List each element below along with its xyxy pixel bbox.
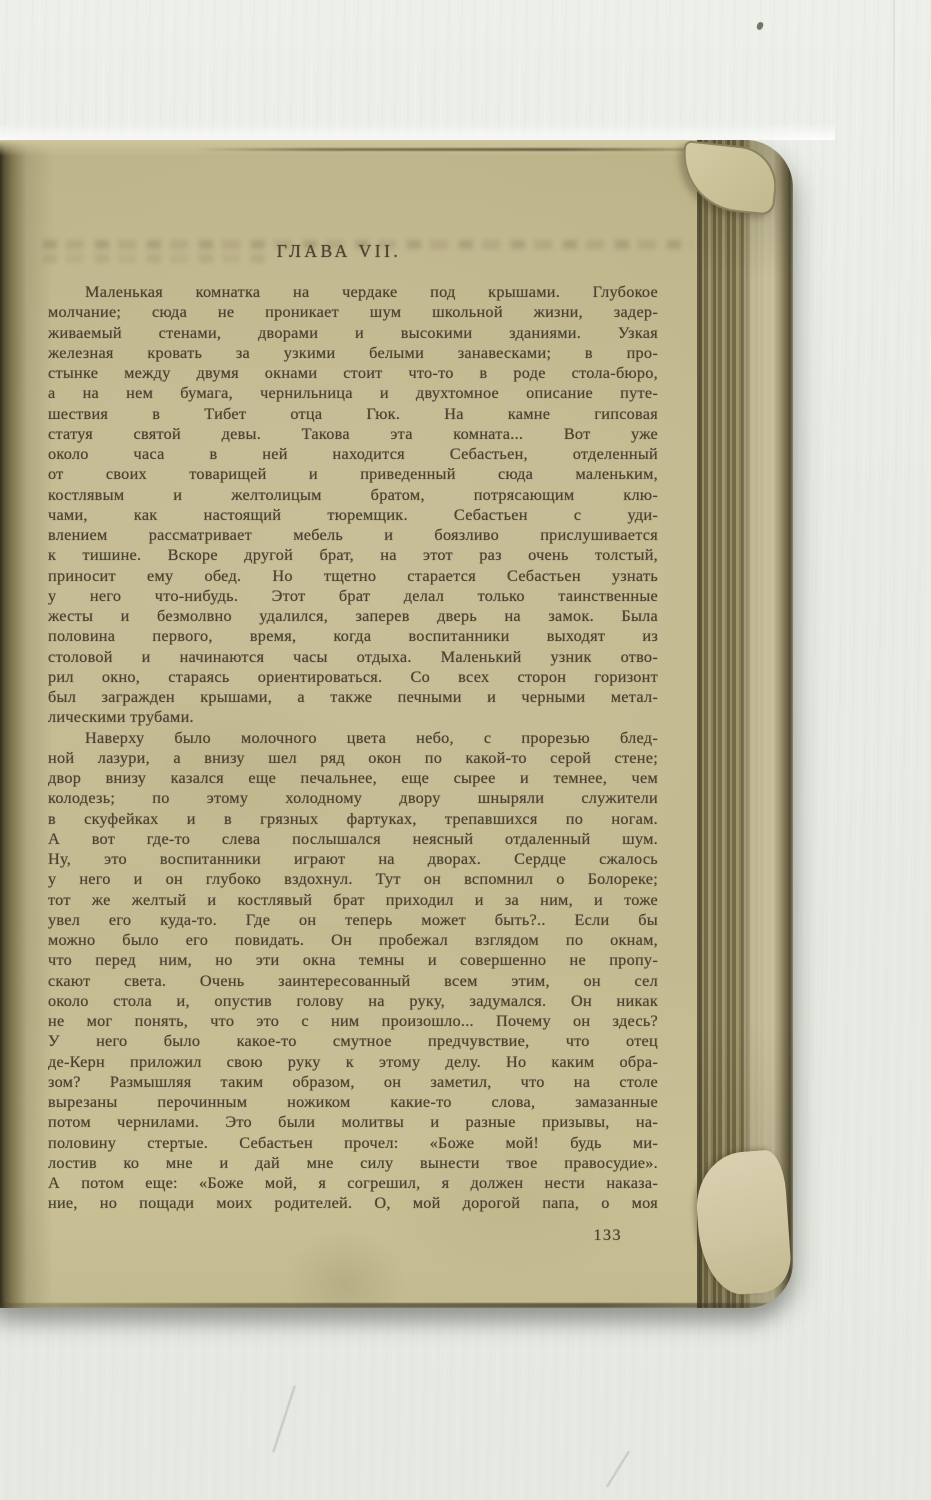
- text-line: железная кровать за узкими белыми занаве…: [48, 343, 658, 363]
- gutter-shadow: [0, 140, 55, 1308]
- text-line: в скуфейках и в грязных фартуках, трепав…: [48, 809, 658, 829]
- text-line: живаемый стенами, дворами и высокими зда…: [48, 323, 658, 343]
- text-line: приносит ему обед. Но тщетно старается С…: [48, 566, 658, 586]
- text-line: де-Керн приложил свою руку к этому делу.…: [48, 1052, 658, 1072]
- text-line: А вот где-то слева послышался неясный от…: [48, 829, 658, 849]
- fore-edge-page-stack: [697, 140, 793, 1308]
- text-line: статуя святой девы. Такова эта комната..…: [48, 424, 658, 444]
- chapter-heading: ГЛАВА VII.: [34, 241, 644, 262]
- text-line: молчание; сюда не проникает шум школьной…: [48, 302, 658, 322]
- text-line: лостив ко мне и дай мне силу вынести тво…: [48, 1153, 658, 1173]
- text-line: чами, как настоящий тюремщик. Себастьен …: [48, 505, 658, 525]
- scanned-page: ГЛАВА VII. Маленькая комнатка на чердаке…: [0, 0, 931, 1500]
- text-line: лическими трубами.: [48, 707, 658, 727]
- background-crease: [893, 0, 895, 300]
- text-line: половину стертые. Себастьен прочел: «Бож…: [48, 1133, 658, 1153]
- text-line: двор внизу казался еще печальнее, еще сы…: [48, 768, 658, 788]
- text-line: зом? Размышляя таким образом, он заметил…: [48, 1072, 658, 1092]
- text-line: увел его куда-то. Где он теперь может бы…: [48, 910, 658, 930]
- text-line: столовой и начинаются часы отдыха. Мален…: [48, 647, 658, 667]
- text-line: А потом еще: «Боже мой, я согрешил, я до…: [48, 1173, 658, 1193]
- text-line: около стола и, опустив голову на руку, з…: [48, 991, 658, 1011]
- text-line: у него и он глубоко вздохнул. Тут он всп…: [48, 869, 658, 889]
- text-line: около часа в ней находится Себастьен, от…: [48, 444, 658, 464]
- text-line: жесты и безмолвно удалился, заперев двер…: [48, 606, 658, 626]
- page-text: ГЛАВА VII. Маленькая комнатка на чердаке…: [48, 140, 658, 1245]
- text-line: ной лазури, а внизу шел ряд окон по како…: [48, 748, 658, 768]
- text-line: Ну, это воспитанники играют на дворах. С…: [48, 849, 658, 869]
- text-line: не мог понять, что это с ним произошло..…: [48, 1011, 658, 1031]
- text-line: влением рассматривает мебель и боязливо …: [48, 525, 658, 545]
- text-line: шествия в Тибет отца Гюк. На камне гипсо…: [48, 404, 658, 424]
- text-line: вырезаны перочинным ножиком какие-то сло…: [48, 1092, 658, 1112]
- text-line: а на нем бумага, чернильница и двухтомно…: [48, 383, 658, 403]
- text-line: половина первого, время, когда воспитанн…: [48, 626, 658, 646]
- text-line: что перед ним, но эти окна темны и совер…: [48, 950, 658, 970]
- text-line: у него что-нибудь. Этот брат делал тольк…: [48, 586, 658, 606]
- body-text: Маленькая комнатка на чердаке под крышам…: [48, 282, 658, 1214]
- bottom-edge-line: [0, 1303, 793, 1308]
- text-line: скают света. Очень заинтересованный всем…: [48, 971, 658, 991]
- text-line: был загражден крышами, а также печными и…: [48, 687, 658, 707]
- text-line: к тишине. Вскоре другой брат, на этот ра…: [48, 545, 658, 565]
- text-line: У него было какое-то смутное предчувстви…: [48, 1031, 658, 1051]
- text-line: потом чернилами. Это были молитвы и разн…: [48, 1112, 658, 1132]
- text-line: стынке между двумя окнами стоит что-то в…: [48, 363, 658, 383]
- text-line: тот же желтый и костлявый брат приходил …: [48, 890, 658, 910]
- text-line: ние, но пощади моих родителей. О, мой до…: [48, 1193, 658, 1213]
- text-line: Маленькая комнатка на чердаке под крышам…: [48, 282, 658, 302]
- text-line: можно было его повидать. Он пробежал взг…: [48, 930, 658, 950]
- text-line: от своих товарищей и приведенный сюда ма…: [48, 464, 658, 484]
- book-page: ГЛАВА VII. Маленькая комнатка на чердаке…: [0, 140, 793, 1308]
- scan-highlight: [0, 123, 835, 140]
- page-number: 133: [48, 1227, 658, 1245]
- text-line: колодезь; по этому холодному двору шныря…: [48, 788, 658, 808]
- text-line: Наверху было молочного цвета небо, с про…: [48, 728, 658, 748]
- text-line: костлявым и желтолицым братом, потрясающ…: [48, 485, 658, 505]
- text-line: рил окно, стараясь ориентироваться. Со в…: [48, 667, 658, 687]
